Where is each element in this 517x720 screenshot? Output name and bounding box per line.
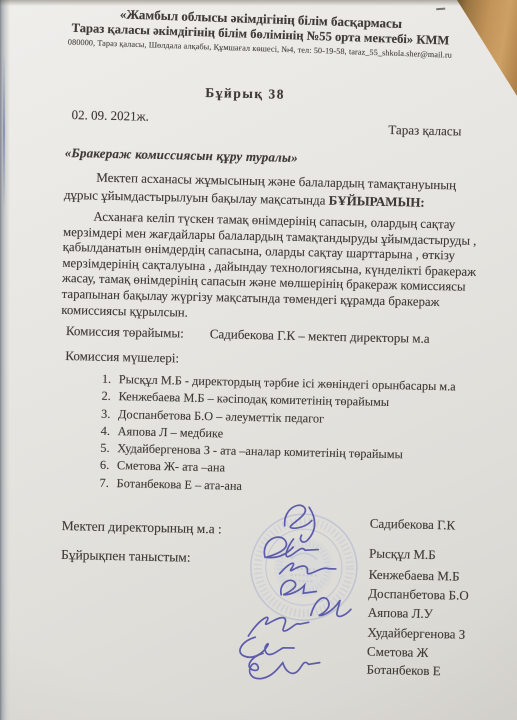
signatory-name: Худайбергенова З bbox=[367, 625, 465, 643]
signatory-name: Рысқұл М.Б bbox=[369, 546, 436, 563]
members-label: Комиссия мүшелері: bbox=[65, 348, 179, 366]
signatory-name: Ботанбеков Е bbox=[366, 662, 440, 680]
order-city: Тараз қаласы bbox=[388, 122, 461, 140]
acknowledge-label: Бұйрықпен таныстым: bbox=[61, 547, 191, 566]
commission-chair-line: Комиссия төрайымы:Садибекова Г.К – мекте… bbox=[66, 323, 430, 347]
document-photo: «Жамбыл облысы әкімдігінің білім басқарм… bbox=[0, 0, 517, 720]
letterhead: «Жамбыл облысы әкімдігінің білім басқарм… bbox=[40, 4, 481, 61]
document-content: «Жамбыл облысы әкімдігінің білім басқарм… bbox=[0, 0, 517, 720]
signature-ink-icon bbox=[217, 494, 373, 697]
main-paragraph: Асханаға келіп түскен тамақ өнімдерінің … bbox=[61, 209, 477, 327]
order-date: 02. 09. 2021ж. bbox=[71, 107, 149, 125]
member-number: 2. bbox=[101, 389, 118, 407]
member-number: 7. bbox=[99, 476, 116, 494]
signatory-name: Аяпова Л.У bbox=[368, 605, 433, 622]
signatory-name: Кенжебаева М.Б bbox=[369, 567, 460, 585]
order-title: Бұйрық 38 bbox=[5, 81, 485, 107]
intro-bold-word: БҰЙЫРАМЫН: bbox=[329, 193, 425, 210]
member-number: 3. bbox=[101, 406, 118, 424]
signatory-name: Садибекова Г.К bbox=[370, 516, 456, 534]
order-subject: «Бракераж комиссиясын құру туралы» bbox=[65, 145, 298, 166]
signatory-name: Доспанбетова Б.О bbox=[368, 586, 469, 604]
chair-value: Садибекова Г.К – мектеп директоры м.а bbox=[210, 326, 430, 346]
signatory-name: Сметова Ж bbox=[367, 644, 429, 661]
members-list: 1.Рысқұл М.Б - директордың тәрбие ісі жө… bbox=[99, 372, 455, 501]
member-number: 4. bbox=[101, 424, 118, 442]
member-number: 1. bbox=[102, 372, 119, 390]
director-signoff-label: Мектеп директорының м.а : bbox=[62, 518, 222, 537]
intro-paragraph: Мектеп асханасы жұмысының және балаларды… bbox=[64, 168, 479, 213]
member-number: 6. bbox=[100, 458, 117, 476]
member-text: Ботанбекова Е – ата-ана bbox=[116, 476, 242, 496]
member-number: 5. bbox=[100, 441, 117, 459]
chair-label: Комиссия төрайымы: bbox=[66, 323, 184, 341]
